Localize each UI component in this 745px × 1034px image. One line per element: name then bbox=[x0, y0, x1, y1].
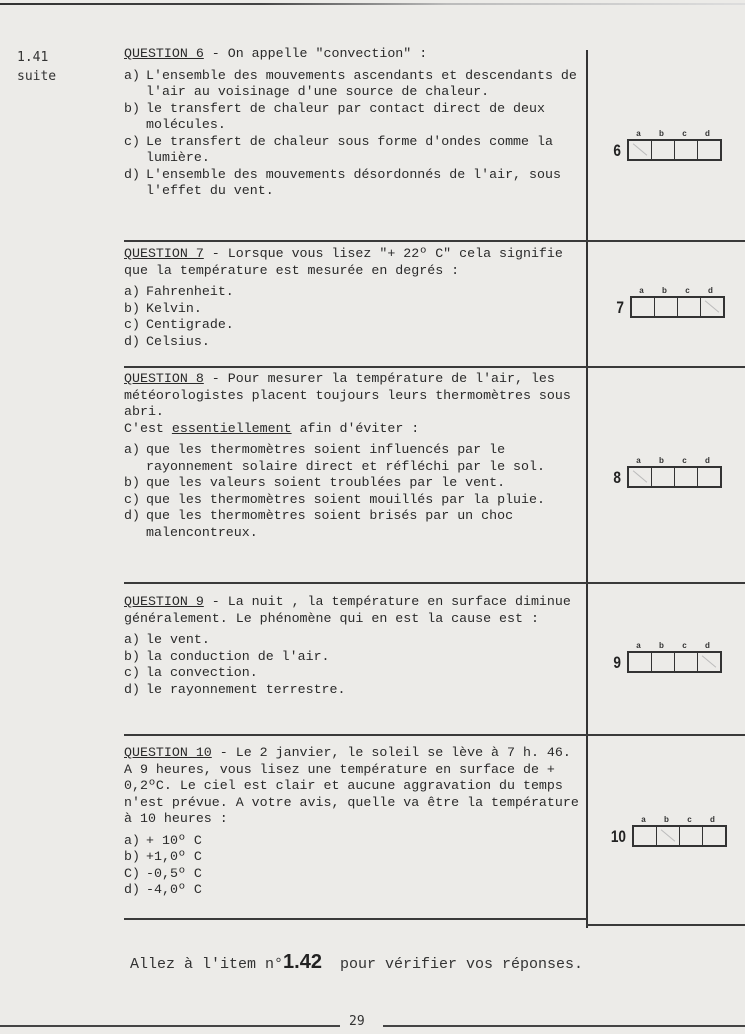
page-number: 29 bbox=[349, 1014, 365, 1029]
top-rule bbox=[0, 3, 745, 5]
answer-box-a[interactable] bbox=[629, 468, 652, 486]
option-a: a)L'ensemble des mouvements ascendants e… bbox=[124, 68, 579, 101]
question-divider bbox=[124, 582, 745, 584]
question-10: QUESTION 10 - Le 2 janvier, le soleil se… bbox=[124, 745, 579, 899]
footer-rule-right bbox=[383, 1025, 745, 1027]
question-label: QUESTION 6 bbox=[124, 46, 204, 61]
answer-box-b[interactable] bbox=[657, 827, 680, 845]
section-number: 1.41 bbox=[17, 48, 56, 67]
option-b: b)+1,0º C bbox=[124, 849, 579, 866]
answer-grid-6: 6 abcd bbox=[595, 128, 722, 161]
footer-rule-left bbox=[0, 1025, 340, 1027]
question-label: QUESTION 9 bbox=[124, 594, 204, 609]
option-d: d)que les thermomètres soient brisés par… bbox=[124, 508, 579, 541]
answer-box-b[interactable] bbox=[652, 653, 675, 671]
answer-box-c[interactable] bbox=[675, 141, 698, 159]
answer-grid-number: 10 bbox=[605, 827, 626, 847]
option-c: C)-0,5º C bbox=[124, 866, 579, 883]
answer-box-d[interactable] bbox=[701, 298, 723, 316]
answer-box-c[interactable] bbox=[675, 653, 698, 671]
answer-grid-number: 6 bbox=[600, 141, 621, 161]
question-stem: QUESTION 7 - Lorsque vous lisez "+ 22º C… bbox=[124, 246, 579, 279]
question-6: QUESTION 6 - On appelle "convection" : a… bbox=[124, 46, 579, 200]
option-b: b)que les valeurs soient troublées par l… bbox=[124, 475, 579, 492]
option-d: d)-4,0º C bbox=[124, 882, 579, 899]
question-8: QUESTION 8 - Pour mesurer la température… bbox=[124, 371, 579, 541]
option-b: b)la conduction de l'air. bbox=[124, 649, 579, 666]
option-d: d)Celsius. bbox=[124, 334, 579, 351]
question-label: QUESTION 8 bbox=[124, 371, 204, 386]
answer-grid-number: 9 bbox=[600, 653, 621, 673]
question-label: QUESTION 10 bbox=[124, 745, 212, 760]
answer-box-d[interactable] bbox=[703, 827, 725, 845]
options-list: a)Fahrenheit. b)Kelvin. c)Centigrade. d)… bbox=[124, 284, 579, 350]
answer-box-c[interactable] bbox=[675, 468, 698, 486]
answer-grid-8: 8 abcd bbox=[595, 455, 722, 488]
answer-grid-number: 7 bbox=[603, 298, 624, 318]
question-stem: QUESTION 6 - On appelle "convection" : bbox=[124, 46, 579, 63]
options-list: a)L'ensemble des mouvements ascendants e… bbox=[124, 68, 579, 200]
option-d: d)L'ensemble des mouvements désordonnés … bbox=[124, 167, 579, 200]
answer-grid-10: 10 abcd bbox=[600, 814, 727, 847]
option-b: b)Kelvin. bbox=[124, 301, 579, 318]
section-continuation: suite bbox=[17, 67, 56, 86]
answer-box-a[interactable] bbox=[629, 141, 652, 159]
answer-grid-7: 7 abcd bbox=[598, 285, 725, 318]
option-c: c)que les thermomètres soient mouillés p… bbox=[124, 492, 579, 509]
emphasis: essentiellement bbox=[172, 421, 292, 436]
answer-box-a[interactable] bbox=[634, 827, 657, 845]
question-9: QUESTION 9 - La nuit , la température en… bbox=[124, 594, 579, 698]
footer-instruction: Allez à l'item n°1.42 pour vérifier vos … bbox=[130, 951, 583, 974]
option-a: a)que les thermomètres soient influencés… bbox=[124, 442, 579, 475]
option-c: c)Le transfert de chaleur sous forme d'o… bbox=[124, 134, 579, 167]
answer-grid-number: 8 bbox=[600, 468, 621, 488]
answer-box-d[interactable] bbox=[698, 141, 720, 159]
item-reference: 1.42 bbox=[283, 951, 322, 973]
question-divider bbox=[124, 366, 745, 368]
options-list: a)le vent. b)la conduction de l'air. c)l… bbox=[124, 632, 579, 698]
answer-box-d[interactable] bbox=[698, 468, 720, 486]
answer-column-divider bbox=[586, 50, 588, 928]
question-7: QUESTION 7 - Lorsque vous lisez "+ 22º C… bbox=[124, 246, 579, 350]
question-divider bbox=[124, 734, 745, 736]
answer-box-c[interactable] bbox=[680, 827, 703, 845]
question-label: QUESTION 7 bbox=[124, 246, 204, 261]
answer-box-b[interactable] bbox=[655, 298, 678, 316]
question-divider bbox=[124, 240, 745, 242]
question-stem: QUESTION 10 - Le 2 janvier, le soleil se… bbox=[124, 745, 579, 828]
option-c: c)la convection. bbox=[124, 665, 579, 682]
question-stem: QUESTION 9 - La nuit , la température en… bbox=[124, 594, 579, 627]
section-label: 1.41 suite bbox=[17, 48, 56, 86]
options-list: a)que les thermomètres soient influencés… bbox=[124, 442, 579, 541]
question-stem: QUESTION 8 - Pour mesurer la température… bbox=[124, 371, 579, 437]
answer-box-c[interactable] bbox=[678, 298, 701, 316]
answer-grid-9: 9 abcd bbox=[595, 640, 722, 673]
question-divider bbox=[124, 918, 587, 920]
answer-box-d[interactable] bbox=[698, 653, 720, 671]
answer-column-bottom-rule bbox=[586, 924, 745, 926]
answer-box-b[interactable] bbox=[652, 468, 675, 486]
answer-box-b[interactable] bbox=[652, 141, 675, 159]
answer-box-a[interactable] bbox=[632, 298, 655, 316]
options-list: a)+ 10º C b)+1,0º C C)-0,5º C d)-4,0º C bbox=[124, 833, 579, 899]
answer-box-a[interactable] bbox=[629, 653, 652, 671]
page-footer: 29 bbox=[0, 1014, 745, 1032]
option-b: b)le transfert de chaleur par contact di… bbox=[124, 101, 579, 134]
option-a: a)+ 10º C bbox=[124, 833, 579, 850]
option-a: a)Fahrenheit. bbox=[124, 284, 579, 301]
option-c: c)Centigrade. bbox=[124, 317, 579, 334]
option-d: d)le rayonnement terrestre. bbox=[124, 682, 579, 699]
option-a: a)le vent. bbox=[124, 632, 579, 649]
